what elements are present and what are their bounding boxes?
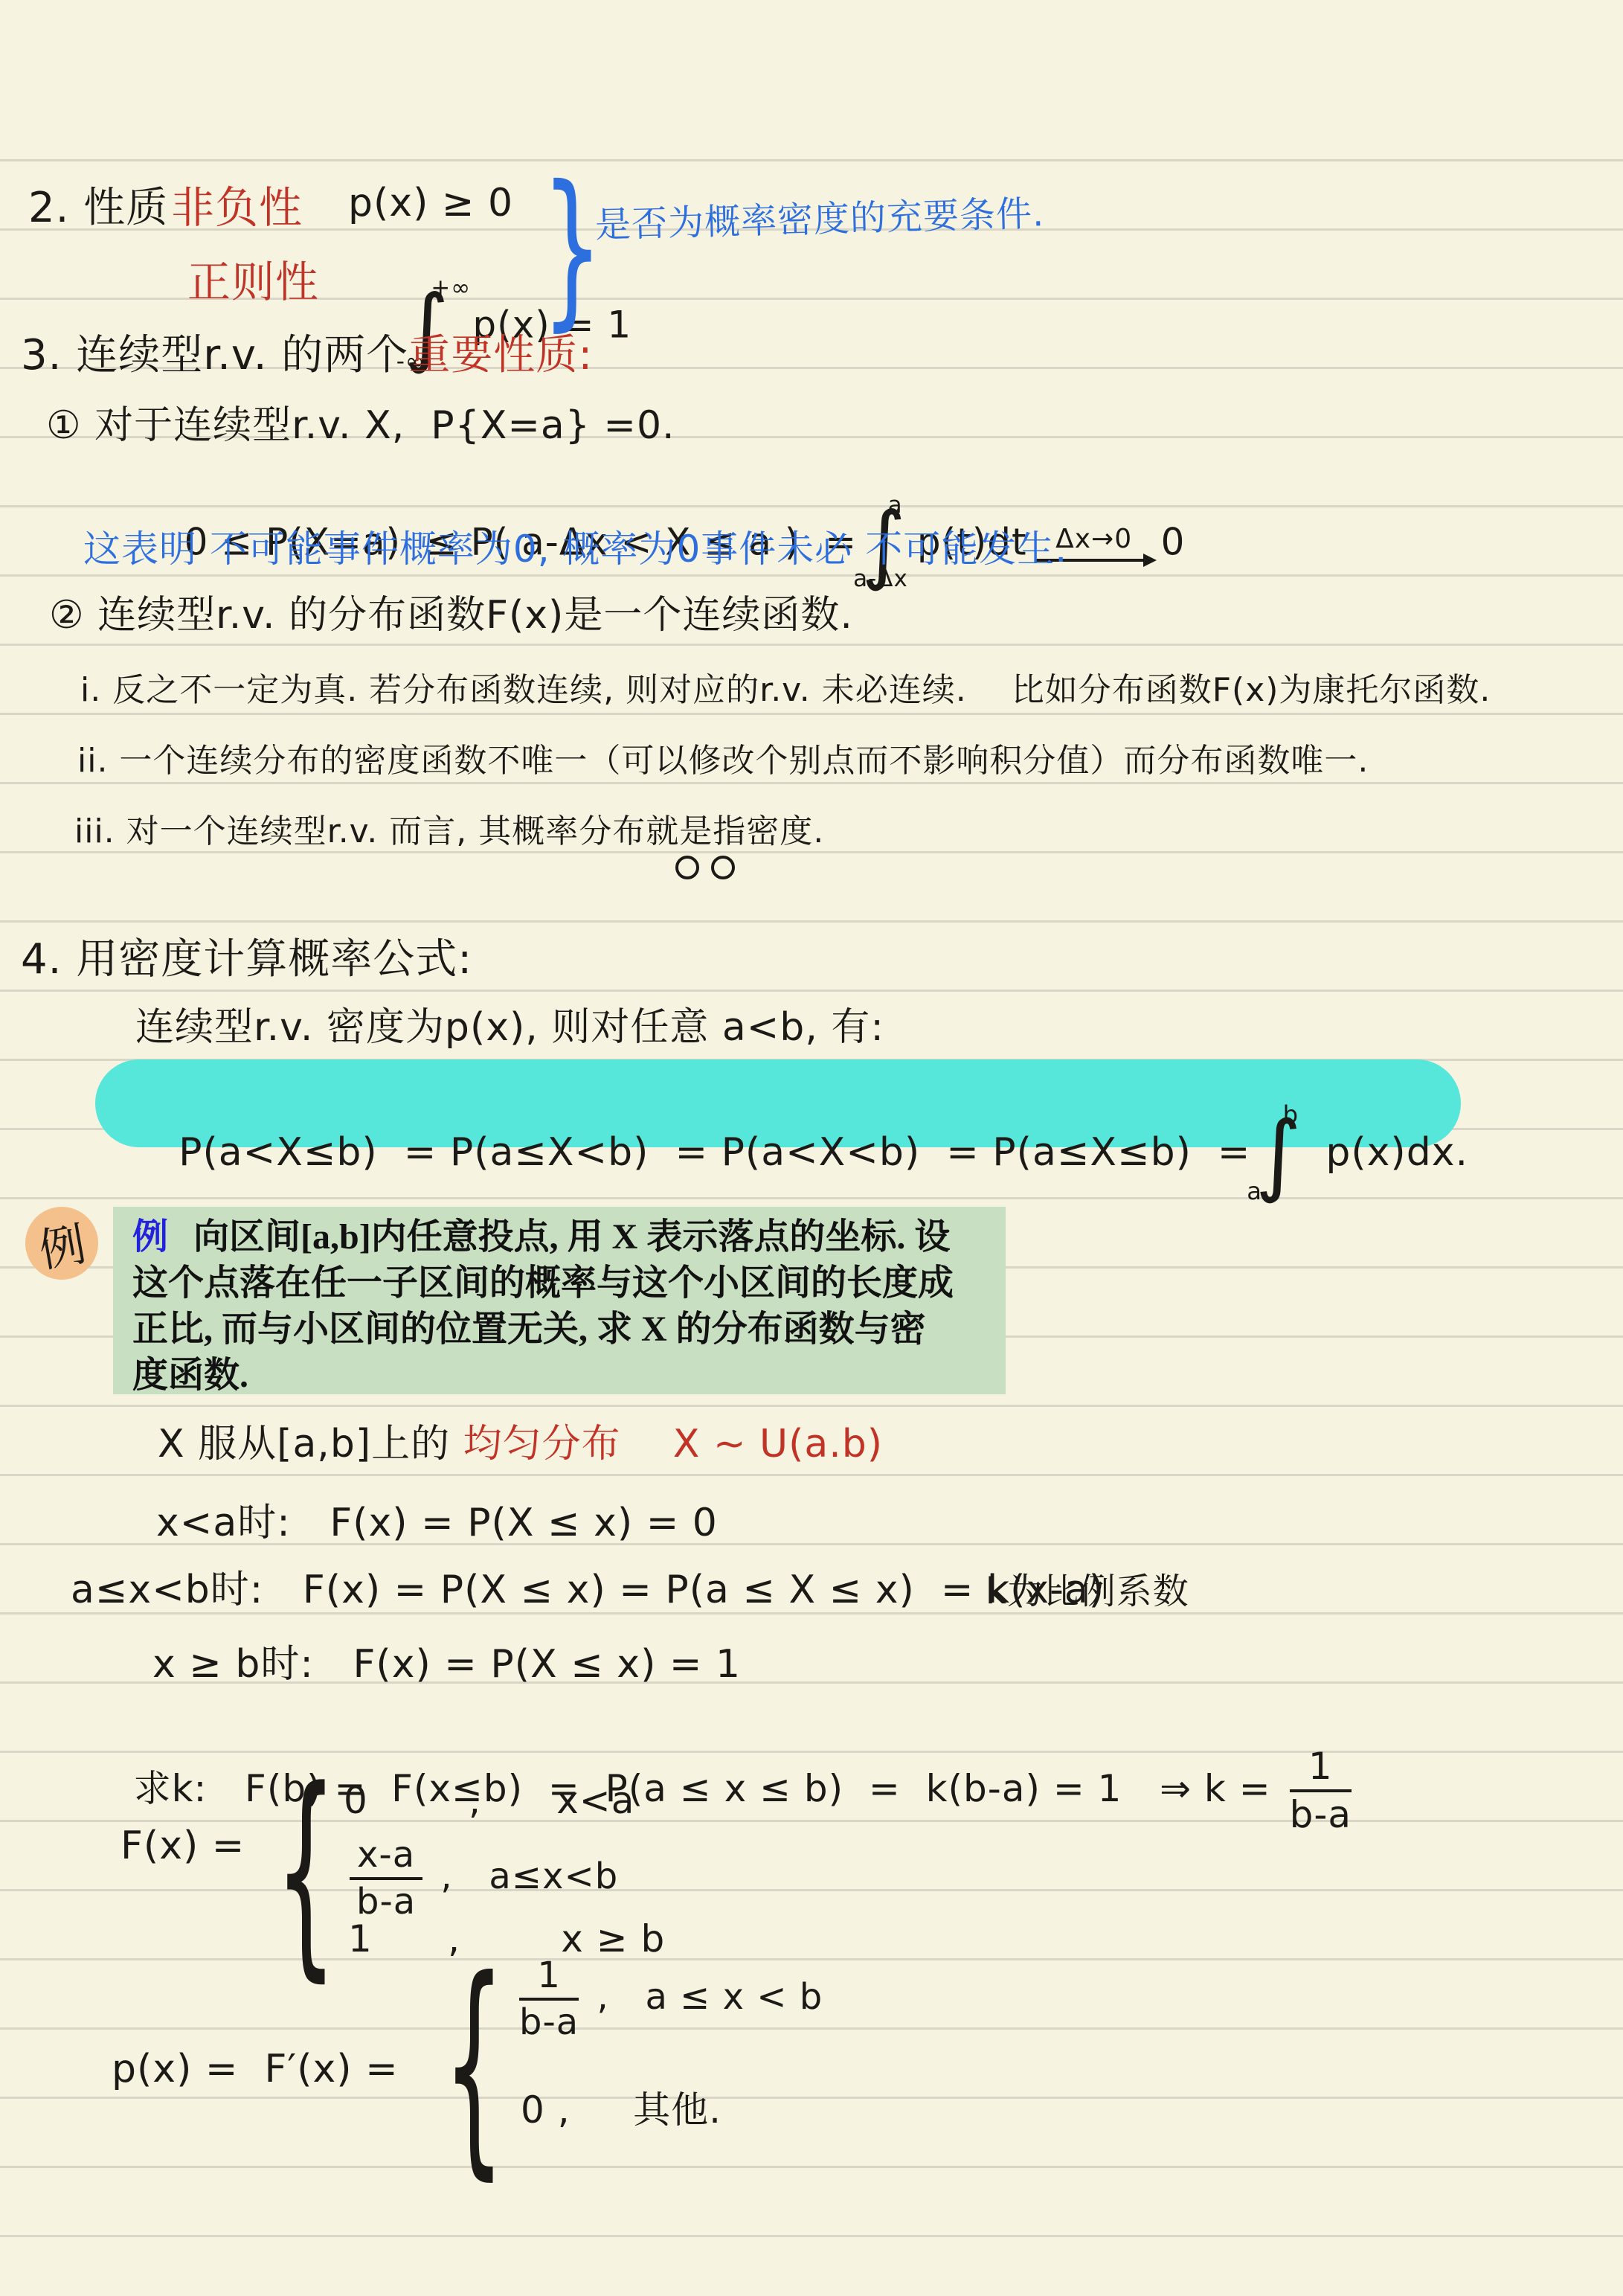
example-text1: 向区间[a,b]内任意投点, 用 X 表示落点的坐标. 设 (193, 1217, 950, 1257)
sec2-nonneg-label: 非负性 (171, 183, 303, 233)
F-row3: 1 , x ≥ b (348, 1918, 665, 1961)
sec3-heading-black: 3. 连续型r.v. 的两个 (21, 331, 408, 379)
blue-brace-icon: } (541, 163, 603, 333)
F-row2-fraction: x-ab-a (350, 1835, 422, 1923)
example-line2: 这个点落在任一子区间的概率与这个小区间的长度成 (132, 1260, 986, 1306)
sec3-note-ii: ii. 一个连续分布的密度函数不唯一（可以修改个别点而不影响积分值）而分布函数唯… (77, 743, 1369, 780)
sec3-heading-red: 重要性质: (408, 331, 593, 379)
sec3-note-i: i. 反之不一定为真. 若分布函数连续, 则对应的r.v. 未必连续. 比如分布… (80, 672, 1491, 710)
F-row2-cond: , a≤x<b (428, 1856, 618, 1897)
sol-case3: x ≥ b时: F(x) = P(X ≤ x) = 1 (152, 1643, 741, 1687)
example-line4: 度函数. (132, 1353, 986, 1399)
F-brace-icon: { (275, 1760, 337, 1983)
example-sticker-label: 例 (33, 1207, 91, 1280)
sol-distribution: X 服从[a,b]上的 均匀分布 X ~ U(a.b) (158, 1423, 883, 1467)
sol-dist-notation: X ~ U(a.b) (621, 1422, 883, 1466)
sec2-norm-label: 正则性 (187, 257, 319, 307)
example-line3: 正比, 而与小区间的位置无关, 求 X 的分布函数与密 (132, 1306, 986, 1353)
ineq-result: 0 (1161, 520, 1186, 563)
sec3-item2: ② 连续型r.v. 的分布函数F(x)是一个连续函数. (49, 594, 853, 638)
sec3-item1: ① 对于连续型r.v. X, P{X=a} =0. (46, 404, 675, 449)
sec2-blue-note: 是否为概率密度的充要条件. (594, 193, 1045, 246)
sol-case2: a≤x<b时: F(x) = P(X ≤ x) = P(a ≤ X ≤ x) =… (71, 1568, 1105, 1613)
emphasis-circles-icon (675, 856, 747, 882)
F-label: F(x) = (120, 1824, 258, 1869)
sec2-heading: 2. 性质 (28, 185, 168, 232)
sec4-formula-left: P(a<X≤b) = P(a≤X<b) = P(a<X<b) = P(a≤X≤b… (179, 1130, 1250, 1175)
p-row1-cond: , a ≤ x < b (585, 1976, 823, 2018)
example-line1: 例向区间[a,b]内任意投点, 用 X 表示落点的坐标. 设 (132, 1214, 986, 1260)
sec2-nonneg-formula: p(x) ≥ 0 (348, 182, 513, 226)
sol-case1: x<a时: F(x) = P(X ≤ x) = 0 (156, 1501, 718, 1546)
p-brace-icon: { (443, 1949, 505, 2181)
sec4-heading: 4. 用密度计算概率公式: (21, 936, 472, 984)
integral-sign: ∫ba (1256, 1115, 1302, 1195)
sec3-blue-note: 这表明 不可能事件概率为0, 概率为0事件未必 不可能发生. (83, 528, 1067, 571)
sol-dist-red: 均匀分布 (463, 1422, 621, 1466)
sol-dist-black: X 服从[a,b]上的 (158, 1422, 463, 1466)
sol-solve-k: 求k: F(b) = F(x≤b) = P(a ≤ x ≤ b) = k(b-a… (83, 1702, 1357, 1879)
sec4-intro: 连续型r.v. 密度为p(x), 则对任意 a<b, 有: (135, 1006, 884, 1051)
sec3-heading: 3. 连续型r.v. 的两个重要性质: (21, 332, 593, 379)
notebook-page: 2. 性质 非负性 p(x) ≥ 0 正则性 ∫+∞-∞ p(x) = 1 } … (0, 0, 1623, 2296)
F-row1: 0 , x<a (344, 1780, 634, 1823)
example-sticker: 例 (25, 1207, 98, 1280)
p-label: p(x) = F′(x) = (112, 2048, 411, 2092)
k-fraction: 1b-a (1290, 1745, 1352, 1837)
sol-case2-note: k为比例系数 (986, 1571, 1189, 1612)
example-box: 例向区间[a,b]内任意投点, 用 X 表示落点的坐标. 设 这个点落在任一子区… (113, 1207, 1006, 1394)
p-row2: 0 , 其他. (521, 2089, 721, 2132)
sec4-formula-right: p(x)dx. (1313, 1130, 1468, 1175)
p-row1-fraction: 1b-a (519, 1955, 579, 2043)
example-label: 例 (132, 1217, 168, 1257)
F-row2: x-ab-a , a≤x<b (344, 1835, 618, 1923)
p-row1: 1b-a , a ≤ x < b (513, 1955, 823, 2043)
sec3-note-iii: iii. 对一个连续型r.v. 而言, 其概率分布就是指密度. (74, 813, 824, 851)
